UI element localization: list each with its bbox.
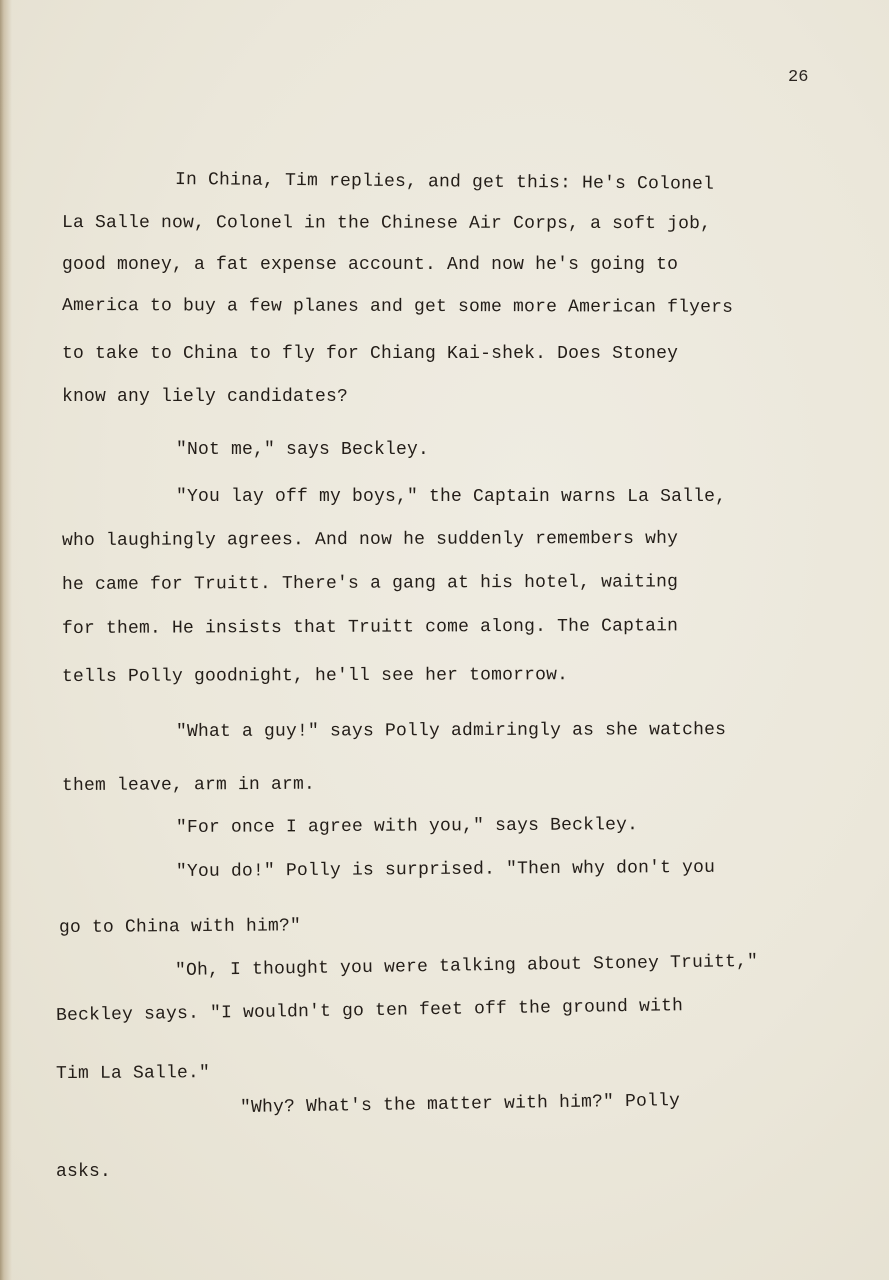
text-line: "You lay off my boys," the Captain warns…: [176, 487, 726, 507]
text-line: "Why? What's the matter with him?" Polly: [240, 1091, 680, 1118]
page-number: 26: [788, 68, 808, 87]
text-line: Tim La Salle.": [56, 1063, 210, 1084]
text-line: for them. He insists that Truitt come al…: [62, 616, 678, 639]
text-line: them leave, arm in arm.: [62, 775, 315, 796]
text-line: "You do!" Polly is surprised. "Then why …: [176, 858, 715, 882]
text-line: "For once I agree with you," says Beckle…: [176, 815, 638, 838]
text-line: "What a guy!" says Polly admiringly as s…: [176, 720, 726, 742]
text-line: "Oh, I thought you were talking about St…: [175, 952, 758, 981]
text-line: know any liely candidates?: [62, 387, 348, 407]
text-line: he came for Truitt. There's a gang at hi…: [62, 572, 678, 595]
text-line: In China, Tim replies, and get this: He'…: [175, 170, 714, 195]
text-line: Beckley says. "I wouldn't go ten feet of…: [56, 996, 683, 1026]
text-line: La Salle now, Colonel in the Chinese Air…: [62, 213, 711, 234]
text-line: who laughingly agrees. And now he sudden…: [62, 529, 678, 551]
text-line: tells Polly goodnight, he'll see her tom…: [62, 665, 568, 687]
text-line: "Not me," says Beckley.: [176, 440, 429, 460]
text-line: asks.: [56, 1162, 111, 1182]
text-line: go to China with him?": [59, 916, 301, 938]
text-line: America to buy a few planes and get some…: [62, 296, 733, 318]
text-line: to take to China to fly for Chiang Kai-s…: [62, 344, 678, 364]
typewritten-page: 26 In China, Tim replies, and get this: …: [0, 0, 889, 1280]
text-line: good money, a fat expense account. And n…: [62, 255, 678, 275]
